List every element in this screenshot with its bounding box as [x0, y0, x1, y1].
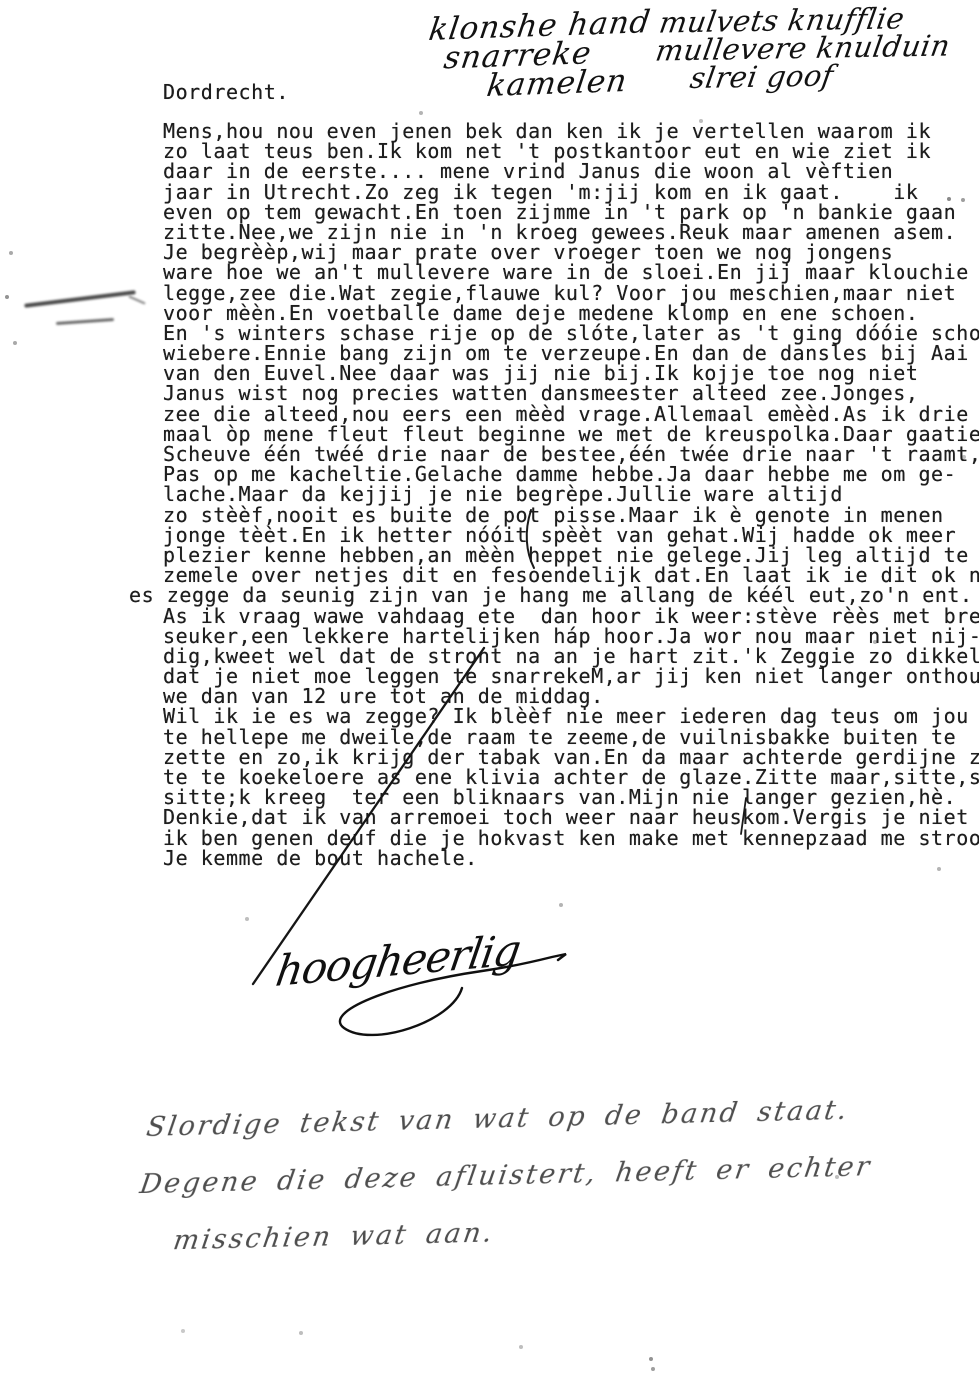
handwritten-note-top-left: klonshe handsnarrekekamelen	[429, 8, 654, 103]
letter-line: Mens,hou nou even jenen bek dan ken ik j…	[163, 121, 979, 141]
letter-line: zo laat teus ben.Ik kom net 't postkanto…	[163, 141, 979, 161]
letter-line: lache.Maar da kejjij je nie begrèpe.Jull…	[163, 484, 979, 504]
letter-line: te te koekeloere as ene klivia achter de…	[163, 767, 979, 787]
letter-line: wiebere.Ennie bang zijn om te verzeupe.E…	[163, 343, 979, 363]
letter-line: As ik vraag wawe vahdaag ete dan hoor ik…	[163, 606, 979, 626]
letter-body: Mens,hou nou even jenen bek dan ken ik j…	[163, 121, 979, 868]
letter-line: zitte.Nee,we zijn nie in 'n kroeg gewees…	[163, 222, 979, 242]
letter-line: dig,kweet wel dat de stront na an je har…	[163, 646, 979, 666]
letter-line: seuker,een lekkere hartelijken háp hoor.…	[163, 626, 979, 646]
letter-line: even op tem gewacht.En toen zijmme in 't…	[163, 202, 979, 222]
letter-line: plezier kenne hebben,an mèèn heppet nie …	[163, 545, 979, 565]
scanned-letter-page: klonshe handsnarrekekamelen mulvets knuf…	[0, 0, 979, 1390]
letter-line: we dan van 12 ure tot an de middag.	[163, 686, 979, 706]
letter-line: daar in de eerste.... mene vrind Janus d…	[163, 161, 979, 181]
handwritten-note-line: slrei goof	[688, 59, 952, 92]
handwritten-note-bottom: Slordige tekst van wat op de band staat.…	[146, 1081, 874, 1270]
letter-line: zemele over netjes dit en fesoendelijk d…	[163, 565, 979, 585]
pencil-smudge	[56, 318, 114, 325]
handwritten-note-top-right: mulvets knuffliemullevere knulduinslrei …	[659, 3, 951, 92]
letter-line: jaar in Utrecht.Zo zeg ik tegen 'm:jij k…	[163, 182, 979, 202]
letter-line: ik ben genen deuf die je hokvast ken mak…	[163, 828, 979, 848]
letter-line: dat je niet moe leggen te snarrekeM,ar j…	[163, 666, 979, 686]
letter-line: zette en zo,ik krijg der tabak van.En da…	[163, 747, 979, 767]
letter-line: Janus wist nog precies watten dansmeeste…	[163, 383, 979, 403]
letter-line: Wil ik ie es wa zegge? Ik blèèf nie meer…	[163, 706, 979, 726]
letter-line: te hellepe me dweile,de raam te zeeme,de…	[163, 727, 979, 747]
letter-line: Scheuve één twéé drie naar de bestee,één…	[163, 444, 979, 464]
letter-line: zo stèèf,nooit es buite de pot pisse.Maa…	[163, 505, 979, 525]
letter-line: Denkie,dat ik van arremoei toch weer naa…	[163, 807, 979, 827]
scan-noise-dots	[0, 0, 2, 2]
letter-line: van den Euvel.Nee daar was jij nie bij.I…	[163, 363, 979, 383]
letter-line: zee die alteed,nou eers een mèèd vrage.A…	[163, 404, 979, 424]
letter-line: maal òp mene fleut fleut beginne we met …	[163, 424, 979, 444]
letter-line: Pas op me kacheltie.Gelache damme hebbe.…	[163, 464, 979, 484]
letter-line: Je begrèèp,wij maar prate over vroeger t…	[163, 242, 979, 262]
letter-line: Je kemme de bout hachele.	[163, 848, 979, 868]
location-heading: Dordrecht.	[163, 80, 289, 104]
pencil-smudge	[24, 290, 136, 308]
handwritten-note-line: kamelen	[485, 66, 655, 101]
signature: hoogheerlig	[273, 925, 524, 996]
letter-line: voor mèèn.En voetballe dame deje medene …	[163, 303, 979, 323]
letter-line: jonge tèèt.En ik hetter nóóit spèèt van …	[163, 525, 979, 545]
pencil-smudge	[128, 295, 145, 304]
letter-line: es zegge da seunig zijn van je hang me a…	[129, 585, 979, 605]
letter-line: sitte;k kreeg ter een bliknaars van.Mijn…	[163, 787, 979, 807]
letter-line: legge,zee die.Wat zegie,flauwe kul? Voor…	[163, 283, 979, 303]
letter-line: En 's winters schase rije op de slóte,la…	[163, 323, 979, 343]
letter-line: ware hoe we an't mullevere ware in de sl…	[163, 262, 979, 282]
